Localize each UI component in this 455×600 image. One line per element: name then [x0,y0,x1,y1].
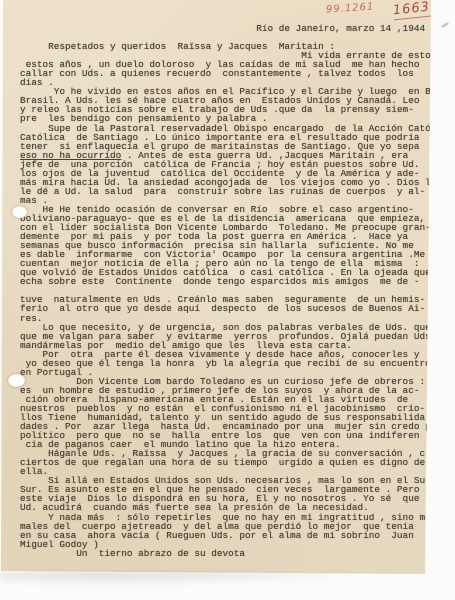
letter-line: ferio al otro que yo desde aquí despecto… [20,304,450,313]
hole-punch-top [12,206,27,218]
scanned-letter: 99.1261 16637 Río de Janeiro, marzo 14 ,… [0,0,455,600]
letter-body: Río de Janeiro, marzo 14 ,1944 Respetado… [20,24,450,558]
letter-line: ciertos de que regalan una hora de su ti… [20,458,450,467]
paper-shadow [0,572,370,586]
pencil-stray-mark [441,22,449,28]
letter-line: echa sobre este Continente donde tengo e… [20,277,450,286]
catalog-number-red: 99.1261 [326,1,375,15]
letter-page: 99.1261 16637 Río de Janeiro, marzo 14 ,… [0,0,455,600]
letter-line: Río de Janeiro, marzo 14 ,1944 [20,24,450,33]
letter-line: le dé a Ud. la salud para construir sobr… [20,187,450,196]
letter-line: callar con Uds. a quienes recuerdo const… [20,69,450,78]
letter-line: Un tierno abrazo de su devota [20,549,450,558]
catalog-number-pencil: 16637 [392,0,440,20]
hole-punch-bottom [8,374,25,387]
